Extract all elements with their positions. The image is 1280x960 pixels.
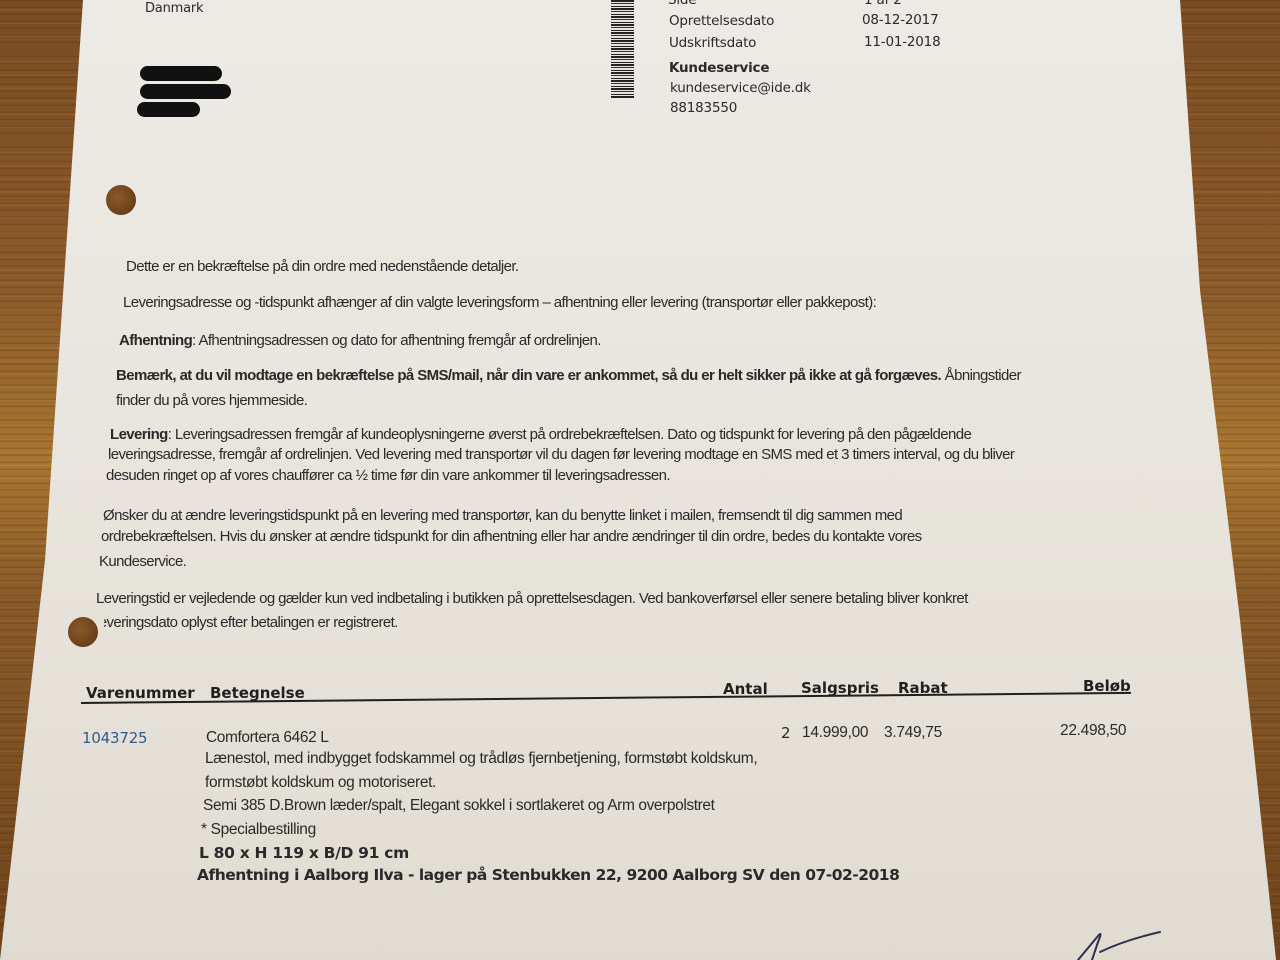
punch-hole-top [106,185,136,215]
item-sales-price: 14.999,00 [802,724,868,742]
signature-scribble [1070,930,1170,960]
redacted-address-line-1 [140,66,222,81]
intro-paragraph: Dette er en bekræftelse på din ordre med… [126,258,518,275]
item-number[interactable]: 1043725 [82,729,147,747]
item-discount: 3.749,75 [884,724,942,742]
change-paragraph-line-3: Kundeservice. [99,553,186,570]
page-label: Side [668,0,696,8]
item-special-order: * Specialbestilling [201,821,316,839]
delivery-form-paragraph: Leveringsadresse og -tidspunkt afhænger … [123,294,876,311]
punch-hole-bottom [68,617,98,647]
pickup-label: Afhentning [119,332,192,349]
customer-service-title: Kundeservice [669,60,769,76]
redacted-address-line-2 [140,84,231,99]
delivery-paragraph-line-2: leveringsadresse, fremgår af ordrelinjen… [108,446,1014,463]
customer-service-email[interactable]: kundeservice@ide.dk [670,80,811,96]
item-name: Comfortera 6462 L [206,729,328,747]
leadtime-paragraph-line-2: leveringsdato oplyst efter betalingen er… [96,614,398,631]
printed-date-value: 11-01-2018 [864,34,940,50]
customer-service-phone: 88183550 [670,100,737,116]
leadtime-paragraph-line-1: Leveringstid er vejledende og gælder kun… [96,590,968,607]
item-quantity: 2 [781,724,790,742]
item-amount: 22.498,50 [1060,722,1126,740]
country-label: Danmark [145,1,203,16]
note-bold-text: Bemærk, at du vil modtage en bekræftelse… [116,367,941,384]
page-value: 1 af 2 [864,0,902,8]
redacted-address-line-3 [137,102,200,117]
delivery-label: Levering [110,426,168,443]
pickup-paragraph: Afhentning: Afhentningsadressen og dato … [119,332,601,349]
change-paragraph-line-1: Ønsker du at ændre leveringstidspunkt på… [103,507,902,524]
note-opening-hours: Åbningstider [941,367,1021,384]
item-dimensions: L 80 x H 119 x B/D 91 cm [199,844,409,862]
item-detail-line: formstøbt koldskum og motoriseret. [205,774,436,792]
column-header-item-number: Varenummer [86,684,195,702]
change-paragraph-line-2: ordrebekræftelsen. Hvis du ønsker at ænd… [101,528,922,545]
item-pickup-info: Afhentning i Aalborg Ilva - lager på Ste… [197,866,899,884]
note-paragraph-line-1: Bemærk, at du vil modtage en bekræftelse… [116,367,1021,384]
item-detail-line: Lænestol, med indbygget fodskammel og tr… [205,750,757,768]
printed-date-label: Udskriftsdato [669,35,756,51]
pickup-text: : Afhentningsadressen og dato for afhent… [192,332,601,349]
created-date-label: Oprettelsesdato [669,13,774,29]
created-date-value: 08-12-2017 [862,12,938,28]
delivery-paragraph-line-1: Levering: Leveringsadressen fremgår af k… [110,426,971,443]
barcode [611,0,634,98]
delivery-paragraph-line-3: desuden ringet op af vores chauffører ca… [106,467,670,484]
note-paragraph-line-2: finder du på vores hjemmeside. [116,392,307,409]
delivery-text-1: : Leveringsadressen fremgår af kundeoply… [168,426,972,443]
item-detail-line: Semi 385 D.Brown læder/spalt, Elegant so… [203,797,715,815]
